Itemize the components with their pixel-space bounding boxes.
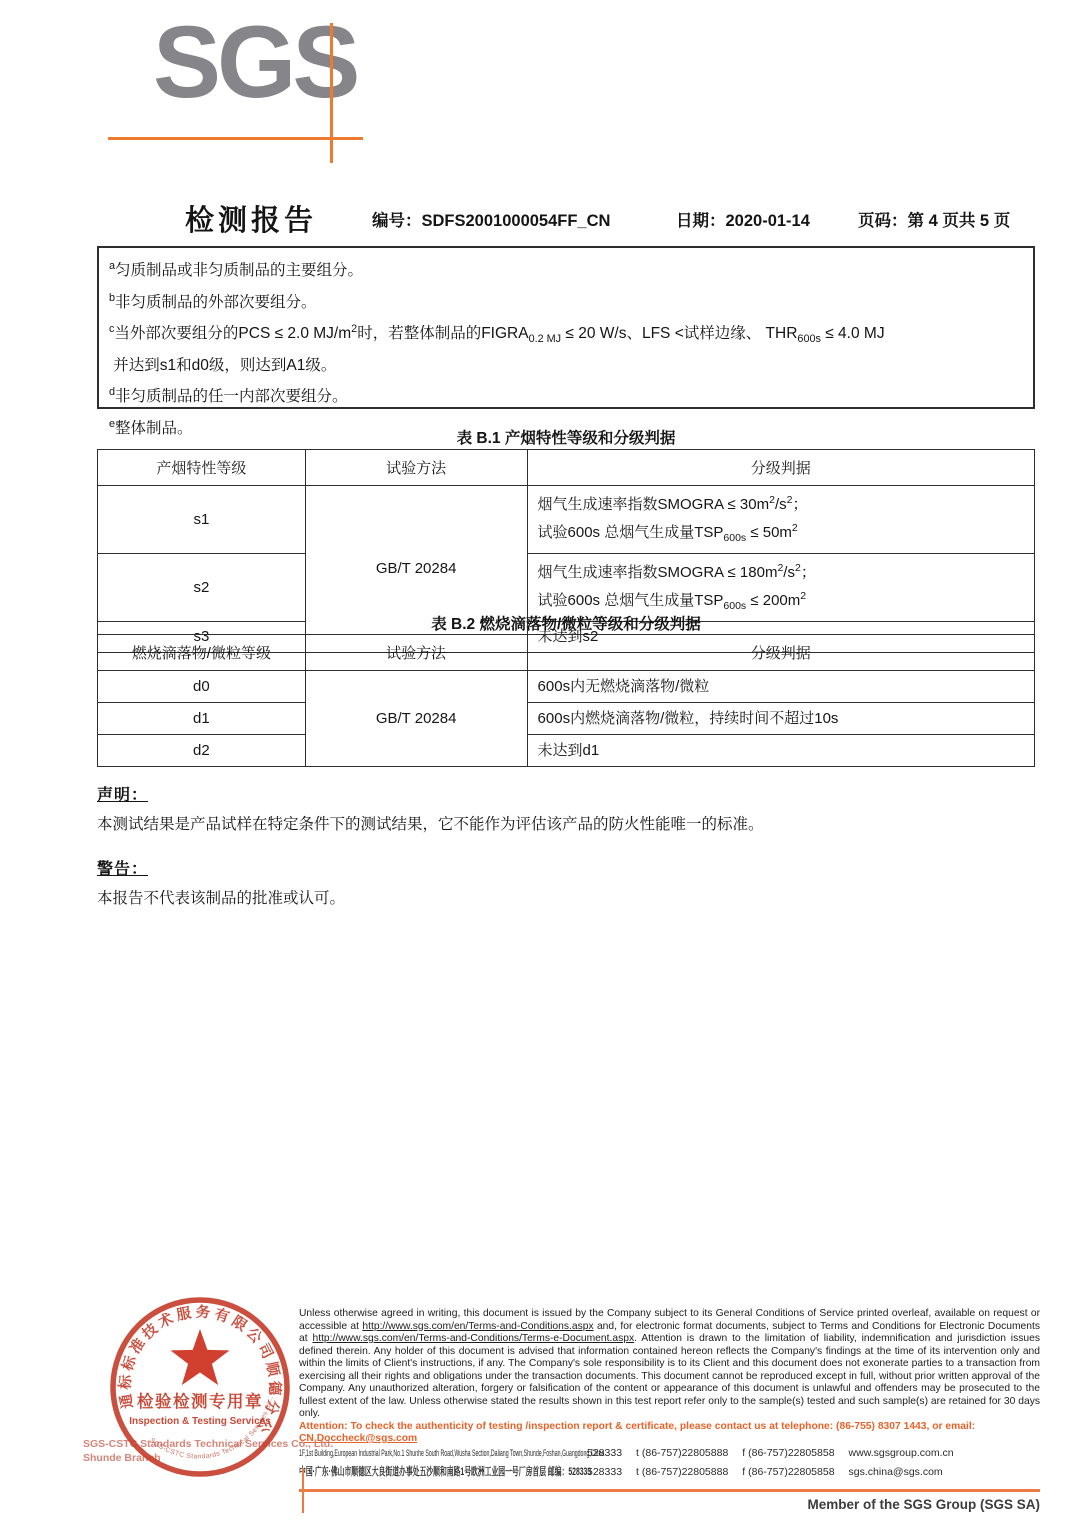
fax: f (86-757)22805858 <box>742 1447 834 1459</box>
inspection-stamp: 通标标准技术服务有限公司顺德分公司 SGS-CSTC Standards Tec… <box>95 1290 310 1490</box>
page-title: 检测报告 <box>185 198 317 239</box>
stamp-ring <box>113 1300 287 1474</box>
email-link[interactable]: sgs.china@sgs.com <box>849 1466 943 1478</box>
grade-d0: d0 <box>98 671 306 703</box>
table-b2-title: 表 B.2 燃烧滴落物/微粒等级和分级判据 <box>97 612 1035 634</box>
table-row: d0 GB/T 20284 600s内无燃烧滴落物/微粒 <box>98 671 1035 703</box>
address-en: 1F,1st Building,European Industrial Park… <box>299 1448 604 1459</box>
table-b1-col-method: 试验方法 <box>305 450 527 486</box>
report-pagination-value: 第 4 页共 5 页 <box>908 212 1011 230</box>
legal-text: Unless otherwise agreed in writing, this… <box>299 1308 1040 1421</box>
table-b2-col-criteria: 分级判据 <box>527 635 1034 671</box>
warning-heading: 警告： <box>97 856 1035 879</box>
telephone: t (86-757)22805888 <box>636 1447 728 1459</box>
table-b1-col-grade: 产烟特性等级 <box>98 450 306 486</box>
report-date-value: 2020-01-14 <box>726 212 810 230</box>
table-b1-title: 表 B.1 产烟特性等级和分级判据 <box>97 426 1035 448</box>
criteria-d1: 600s内燃烧滴落物/微粒，持续时间不超过10s <box>527 703 1034 735</box>
table-b1-header-row: 产烟特性等级 试验方法 分级判据 <box>98 450 1035 486</box>
footnote-box: a匀质制品或非匀质制品的主要组分。 b非匀质制品的外部次要组分。 c当外部次要组… <box>97 246 1035 409</box>
grade-d2: d2 <box>98 735 306 767</box>
criteria-d0: 600s内无燃烧滴落物/微粒 <box>527 671 1034 703</box>
warning-body: 本报告不代表该制品的批准或认可。 <box>97 886 1035 908</box>
logo-horizontal-line <box>108 137 363 140</box>
stamp-purpose-text-en: Inspection & Testing Services <box>129 1416 271 1427</box>
address-line-cn: 中国·广东·佛山市顺德区大良街道办事处五沙顺和南路1号欧洲工业园一号厂房首层 邮… <box>299 1463 1040 1479</box>
logo-vertical-line <box>330 23 333 163</box>
criteria-s1: 烟气生成速率指数SMOGRA ≤ 30m2/s2；试验600s 总烟气生成量TS… <box>527 486 1034 554</box>
footnote-d: d非匀质制品的任一内部次要组分。 <box>109 379 1021 411</box>
report-number-label: 编号： <box>372 212 422 230</box>
stamp-purpose-text: 检验检测专用章 <box>137 1391 263 1411</box>
test-method-b2: GB/T 20284 <box>305 671 527 767</box>
sgs-logo-text: SGS <box>153 0 356 127</box>
postcode-cn: 528333 <box>568 1466 591 1478</box>
table-b2: 燃烧滴落物/微粒等级 试验方法 分级判据 d0 GB/T 20284 600s内… <box>97 634 1035 767</box>
report-date-label: 日期： <box>676 212 726 230</box>
warning-section: 警告： 本报告不代表该制品的批准或认可。 <box>97 856 1035 908</box>
report-number: 编号：SDFS2001000054FF_CN <box>372 207 610 231</box>
footer-address-block: 1F,1st Building,European Industrial Park… <box>299 1447 1040 1479</box>
table-row: d2 未达到d1 <box>98 735 1035 767</box>
footnote-c: c当外部次要组分的PCS ≤ 2.0 MJ/m2时，若整体制品的FIGRA0.2… <box>109 316 1021 379</box>
footer-orange-rule <box>299 1489 1040 1492</box>
address-cn: 中国·广东·佛山市顺德区大良街道办事处五沙顺和南路1号欧洲工业园一号厂房首层 邮… <box>299 1466 568 1478</box>
report-number-value: SDFS2001000054FF_CN <box>422 212 611 230</box>
grade-s1: s1 <box>98 486 306 554</box>
criteria-d2: 未达到d1 <box>527 735 1034 767</box>
postcode: 528333 <box>587 1466 622 1478</box>
footnote-a: a匀质制品或非匀质制品的主要组分。 <box>109 253 1021 285</box>
statement-section: 声明： 本测试结果是产品试样在特定条件下的测试结果，它不能作为评估该产品的防火性… <box>97 782 1035 834</box>
website-link[interactable]: www.sgsgroup.com.cn <box>849 1447 954 1459</box>
table-row: s1 GB/T 20284 烟气生成速率指数SMOGRA ≤ 30m2/s2；试… <box>98 486 1035 554</box>
fax: f (86-757)22805858 <box>742 1466 834 1478</box>
report-date: 日期：2020-01-14 <box>676 207 810 231</box>
attention-text: Attention: To check the authenticity of … <box>299 1421 1040 1446</box>
table-row: d1 600s内燃烧滴落物/微粒，持续时间不超过10s <box>98 703 1035 735</box>
footer-legal-block: Unless otherwise agreed in writing, this… <box>299 1308 1040 1446</box>
sgs-member-text: Member of the SGS Group (SGS SA) <box>299 1497 1040 1512</box>
statement-body: 本测试结果是产品试样在特定条件下的测试结果，它不能作为评估该产品的防火性能唯一的… <box>97 812 1035 834</box>
telephone: t (86-757)22805888 <box>636 1466 728 1478</box>
table-b2-header-row: 燃烧滴落物/微粒等级 试验方法 分级判据 <box>98 635 1035 671</box>
stamp-star-icon <box>171 1329 230 1385</box>
table-b2-col-method: 试验方法 <box>305 635 527 671</box>
report-pagination: 页码：第 4 页共 5 页 <box>858 207 1010 231</box>
footnote-b: b非匀质制品的外部次要组分。 <box>109 285 1021 317</box>
report-page: SGS 检测报告 编号：SDFS2001000054FF_CN 日期：2020-… <box>0 0 1080 1527</box>
grade-d1: d1 <box>98 703 306 735</box>
table-b2-col-grade: 燃烧滴落物/微粒等级 <box>98 635 306 671</box>
address-line-en: 1F,1st Building,European Industrial Park… <box>299 1447 1040 1463</box>
statement-heading: 声明： <box>97 782 1035 805</box>
sgs-logo: SGS <box>95 15 395 170</box>
table-b1-col-criteria: 分级判据 <box>527 450 1034 486</box>
report-pagination-label: 页码： <box>858 212 908 230</box>
